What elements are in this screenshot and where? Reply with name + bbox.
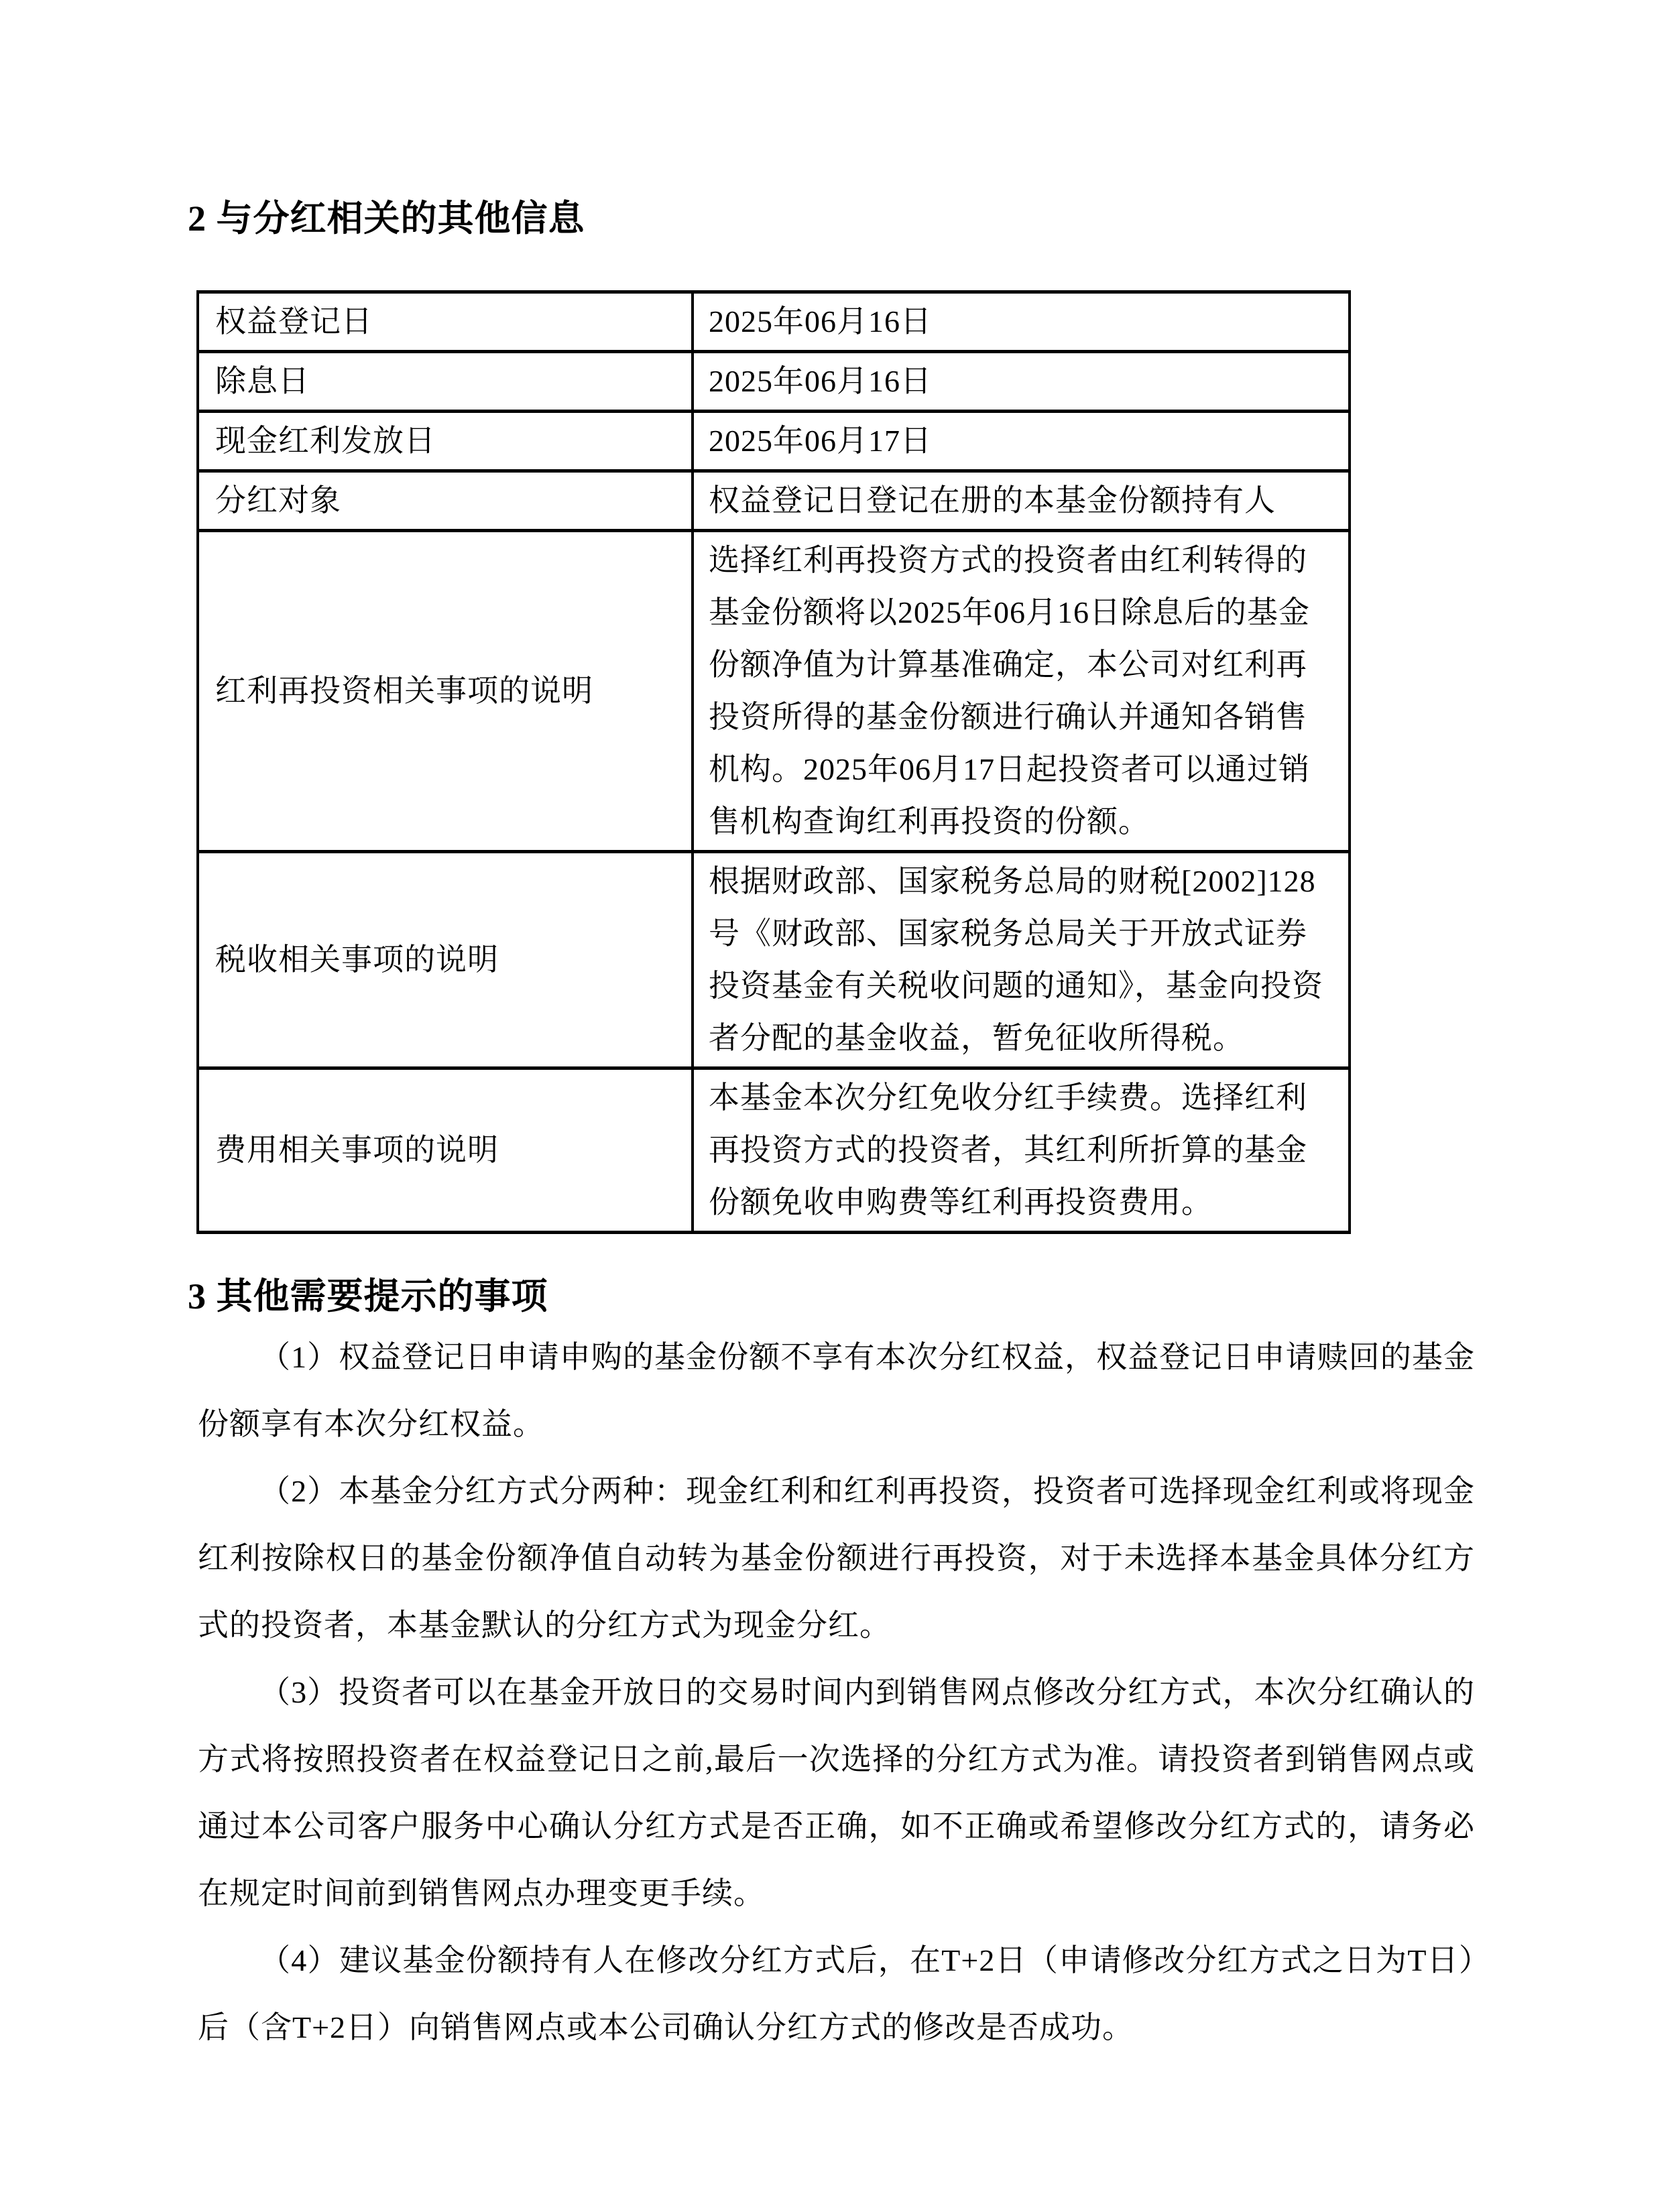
table-row: 权益登记日 2025年06月16日: [198, 292, 1350, 352]
row-value: 根据财政部、国家税务总局的财税[2002]128号《财政部、国家税务总局关于开放…: [693, 852, 1350, 1068]
notice-paragraph: （1）权益登记日申请申购的基金份额不享有本次分红权益，权益登记日申请赎回的基金份…: [198, 1324, 1475, 1458]
row-label: 红利再投资相关事项的说明: [198, 531, 693, 852]
table-row: 除息日 2025年06月16日: [198, 352, 1350, 412]
notice-paragraph: （3）投资者可以在基金开放日的交易时间内到销售网点修改分红方式，本次分红确认的方…: [198, 1659, 1475, 1927]
notice-paragraph: （4）建议基金份额持有人在修改分红方式后，在T+2日（申请修改分红方式之日为T日…: [198, 1927, 1475, 2061]
notice-paragraphs: （1）权益登记日申请申购的基金份额不享有本次分红权益，权益登记日申请赎回的基金份…: [198, 1324, 1475, 2061]
row-value: 2025年06月17日: [693, 412, 1350, 471]
row-value: 本基金本次分红免收分红手续费。选择红利再投资方式的投资者，其红利所折算的基金份额…: [693, 1068, 1350, 1233]
dividend-info-table: 权益登记日 2025年06月16日 除息日 2025年06月16日 现金红利发放…: [196, 290, 1351, 1234]
table-row: 分红对象 权益登记日登记在册的本基金份额持有人: [198, 471, 1350, 531]
row-label: 现金红利发放日: [198, 412, 693, 471]
notice-paragraph: （2）本基金分红方式分两种：现金红利和红利再投资，投资者可选择现金红利或将现金红…: [198, 1458, 1475, 1659]
row-label: 分红对象: [198, 471, 693, 531]
section-2-heading: 2 与分红相关的其他信息: [188, 198, 585, 239]
row-label: 权益登记日: [198, 292, 693, 352]
row-label: 除息日: [198, 352, 693, 412]
row-value: 2025年06月16日: [693, 292, 1350, 352]
row-label: 税收相关事项的说明: [198, 852, 693, 1068]
table-row: 现金红利发放日 2025年06月17日: [198, 412, 1350, 471]
row-value: 选择红利再投资方式的投资者由红利转得的基金份额将以2025年06月16日除息后的…: [693, 531, 1350, 852]
row-value: 权益登记日登记在册的本基金份额持有人: [693, 471, 1350, 531]
row-label: 费用相关事项的说明: [198, 1068, 693, 1233]
table-row: 税收相关事项的说明 根据财政部、国家税务总局的财税[2002]128号《财政部、…: [198, 852, 1350, 1068]
table-row: 费用相关事项的说明 本基金本次分红免收分红手续费。选择红利再投资方式的投资者，其…: [198, 1068, 1350, 1233]
section-3-heading: 3 其他需要提示的事项: [188, 1276, 548, 1317]
table-row: 红利再投资相关事项的说明 选择红利再投资方式的投资者由红利转得的基金份额将以20…: [198, 531, 1350, 852]
document-page: 2 与分红相关的其他信息 权益登记日 2025年06月16日 除息日 2025年…: [0, 0, 1666, 2212]
row-value: 2025年06月16日: [693, 352, 1350, 412]
